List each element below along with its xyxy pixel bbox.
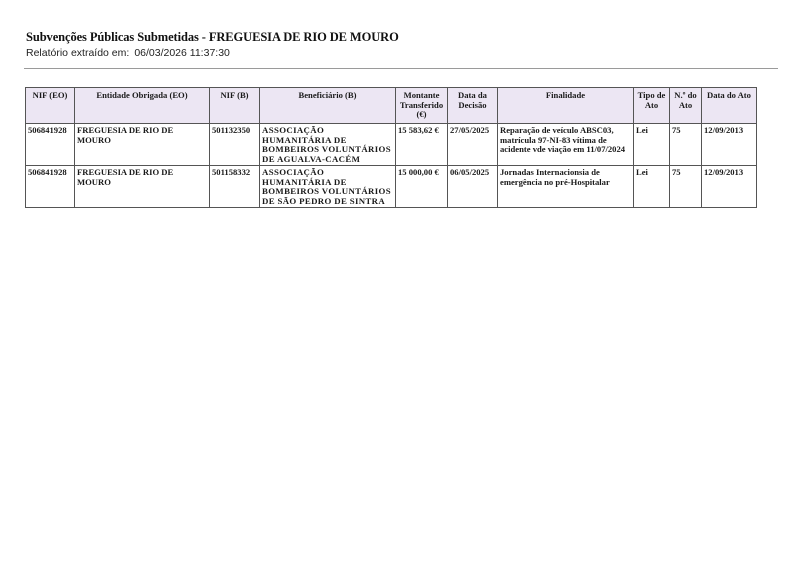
table-header-row: NIF (EO) Entidade Obrigada (EO) NIF (B) … xyxy=(26,88,757,124)
table-row: 506841928 FREGUESIA DE RIO DE MOURO 5011… xyxy=(26,124,757,166)
cell-nif-b: 501132350 xyxy=(210,124,260,166)
cell-beneficiario: ASSOCIAÇÃO HUMANITÁRIA DE BOMBEIROS VOLU… xyxy=(260,124,396,166)
cell-nif-eo: 506841928 xyxy=(26,166,75,208)
col-header-tipo-ato: Tipo de Ato xyxy=(634,88,670,124)
header-divider xyxy=(24,68,778,69)
cell-data-decisao: 27/05/2025 xyxy=(448,124,498,166)
extract-info: Relatório extraído em:06/03/2026 11:37:3… xyxy=(26,47,230,59)
cell-entidade-eo: FREGUESIA DE RIO DE MOURO xyxy=(75,124,210,166)
col-header-data-decisao: Data da Decisão xyxy=(448,88,498,124)
cell-tipo-ato: Lei xyxy=(634,166,670,208)
cell-montante: 15 000,00 € xyxy=(396,166,448,208)
cell-nif-eo: 506841928 xyxy=(26,124,75,166)
cell-montante: 15 583,62 € xyxy=(396,124,448,166)
cell-data-ato: 12/09/2013 xyxy=(702,166,757,208)
col-header-beneficiario: Beneficiário (B) xyxy=(260,88,396,124)
col-header-nif-eo: NIF (EO) xyxy=(26,88,75,124)
cell-data-decisao: 06/05/2025 xyxy=(448,166,498,208)
col-header-num-ato: N.º do Ato xyxy=(670,88,702,124)
cell-data-ato: 12/09/2013 xyxy=(702,124,757,166)
col-header-entidade-eo: Entidade Obrigada (EO) xyxy=(75,88,210,124)
table-row: 506841928 FREGUESIA DE RIO DE MOURO 5011… xyxy=(26,166,757,208)
subsidies-table: NIF (EO) Entidade Obrigada (EO) NIF (B) … xyxy=(25,87,757,208)
col-header-nif-b: NIF (B) xyxy=(210,88,260,124)
extract-label: Relatório extraído em: xyxy=(26,47,129,59)
cell-finalidade: Reparação de veículo ABSC03, matrícula 9… xyxy=(498,124,634,166)
col-header-montante: Montante Transferido (€) xyxy=(396,88,448,124)
cell-finalidade: Jornadas Internacionsia de emergência no… xyxy=(498,166,634,208)
cell-tipo-ato: Lei xyxy=(634,124,670,166)
extract-timestamp: 06/03/2026 11:37:30 xyxy=(134,47,230,59)
col-header-finalidade: Finalidade xyxy=(498,88,634,124)
col-header-data-ato: Data do Ato xyxy=(702,88,757,124)
document-title: Subvenções Públicas Submetidas - FREGUES… xyxy=(26,30,399,45)
cell-num-ato: 75 xyxy=(670,166,702,208)
cell-entidade-eo: FREGUESIA DE RIO DE MOURO xyxy=(75,166,210,208)
cell-beneficiario: ASSOCIAÇÃO HUMANITÁRIA DE BOMBEIROS VOLU… xyxy=(260,166,396,208)
cell-nif-b: 501158332 xyxy=(210,166,260,208)
cell-num-ato: 75 xyxy=(670,124,702,166)
